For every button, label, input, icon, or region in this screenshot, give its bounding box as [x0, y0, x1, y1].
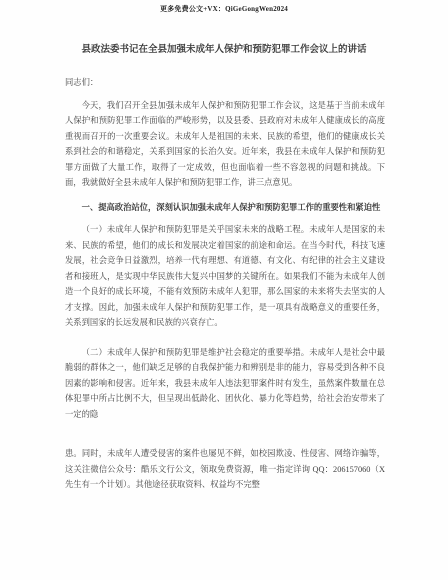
paragraph: 患。同时，未成年人遭受侵害的案件也屡见不鲜，如校园欺凌、性侵害、网络诈骗等，这关…: [65, 446, 385, 493]
document-page: 更多免费公文+VX：QiGeGongWen2024 县政法委书记在全县加强未成年…: [0, 0, 448, 580]
paragraph: （一）未成年人保护和预防犯罪是关乎国家未来的战略工程。未成年人是国家的未来、民族…: [65, 222, 385, 331]
watermark-header: 更多免费公文+VX：QiGeGongWen2024: [0, 0, 448, 14]
document-body: 今天，我们召开全县加强未成年人保护和预防犯罪工作会议，这是基于当前未成年人保护和…: [65, 98, 385, 493]
paragraph: 今天，我们召开全县加强未成年人保护和预防犯罪工作会议，这是基于当前未成年人保护和…: [65, 98, 385, 191]
greeting-line: 同志们：: [65, 75, 385, 91]
document-title: 县政法委书记在全县加强未成年人保护和预防犯罪工作会议上的讲话: [40, 44, 408, 57]
paragraph: （二）未成年人保护和预防犯罪是维护社会稳定的重要举措。未成年人是社会中最脆弱的群…: [65, 345, 385, 423]
section-heading: 一、提高政治站位，深刻认识加强未成年人保护和预防犯罪工作的重要性和紧迫性: [65, 200, 385, 216]
